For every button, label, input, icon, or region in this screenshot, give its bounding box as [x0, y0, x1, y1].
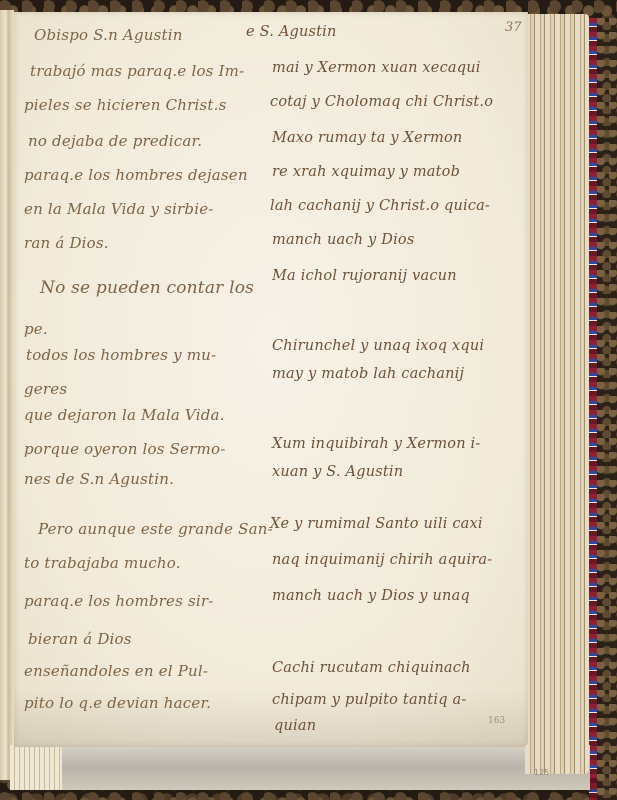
maya-line: manch uach y Dios — [272, 232, 415, 248]
spanish-line: bieran á Dios — [28, 630, 132, 648]
maya-line: Cachi rucutam chiquinach — [272, 660, 471, 676]
spanish-line: trabajó mas paraq.e los Im- — [30, 62, 244, 80]
maya-line: chipam y pulpito tantiq a- — [272, 692, 466, 708]
spanish-line: no dejaba de predicar. — [28, 132, 202, 150]
maya-line: Chirunchel y unaq ixoq xqui — [272, 338, 484, 354]
maya-line: Ma ichol rujoranij vacun — [272, 268, 457, 284]
manuscript-page: 37 Obispo S.n Agustin trabajó mas paraq.… — [14, 12, 528, 747]
marbled-edge-band — [589, 18, 597, 778]
spanish-line: ran á Dios. — [24, 234, 109, 252]
spanish-line: nes de S.n Agustin. — [24, 470, 174, 488]
maya-line: mai y Xermon xuan xecaqui — [272, 60, 481, 76]
maya-line: Maxo rumay ta y Xermon — [272, 130, 462, 146]
spanish-line: Obispo S.n Agustin — [34, 26, 183, 44]
maya-line: re xrah xquimay y matob — [272, 164, 460, 180]
spanish-line: pieles se hicieren Christ.s — [24, 96, 226, 114]
maya-line: Xe y rumimal Santo uili caxi — [270, 516, 483, 532]
maya-line: cotaj y Cholomaq chi Christ.o — [270, 94, 493, 110]
spanish-line: pe. — [24, 320, 48, 338]
spanish-line: paraq.e los hombres sir- — [24, 592, 214, 610]
maya-line: quian — [274, 718, 316, 734]
spanish-line: pito lo q.e devian hacer. — [24, 694, 211, 712]
spanish-line: paraq.e los hombres dejasen — [24, 166, 248, 184]
bottom-stamp: 125 — [534, 768, 549, 777]
maya-line: lah cachanij y Christ.o quica- — [270, 198, 490, 214]
maya-line: may y matob lah cachanij — [272, 366, 464, 382]
maya-line: e S. Agustin — [246, 24, 337, 40]
spanish-line: to trabajaba mucho. — [24, 554, 181, 572]
spanish-line: todos los hombres y mu- — [26, 346, 216, 364]
spanish-line: en la Mala Vida y sirbie- — [24, 200, 214, 218]
maya-line: Xum inquibirah y Xermon i- — [272, 436, 481, 452]
maya-line: naq inquimanij chirih aquira- — [272, 552, 492, 568]
page-number: 37 — [505, 20, 522, 35]
left-page-edge — [0, 10, 14, 780]
spanish-line: No se pueden contar los — [40, 278, 254, 298]
spanish-line: enseñandoles en el Pul- — [24, 662, 208, 680]
right-page-stack — [525, 14, 589, 774]
spanish-line: Pero aunque este grande San- — [38, 520, 273, 538]
maya-line: xuan y S. Agustin — [272, 464, 403, 480]
spanish-line: que dejaron la Mala Vida. — [24, 406, 225, 424]
spanish-line: geres — [24, 380, 67, 398]
folio-mark: 163 — [488, 716, 505, 726]
bottom-page-stack — [10, 745, 590, 790]
maya-line: manch uach y Dios y unaq — [272, 588, 470, 604]
spanish-line: porque oyeron los Sermo- — [24, 440, 225, 458]
